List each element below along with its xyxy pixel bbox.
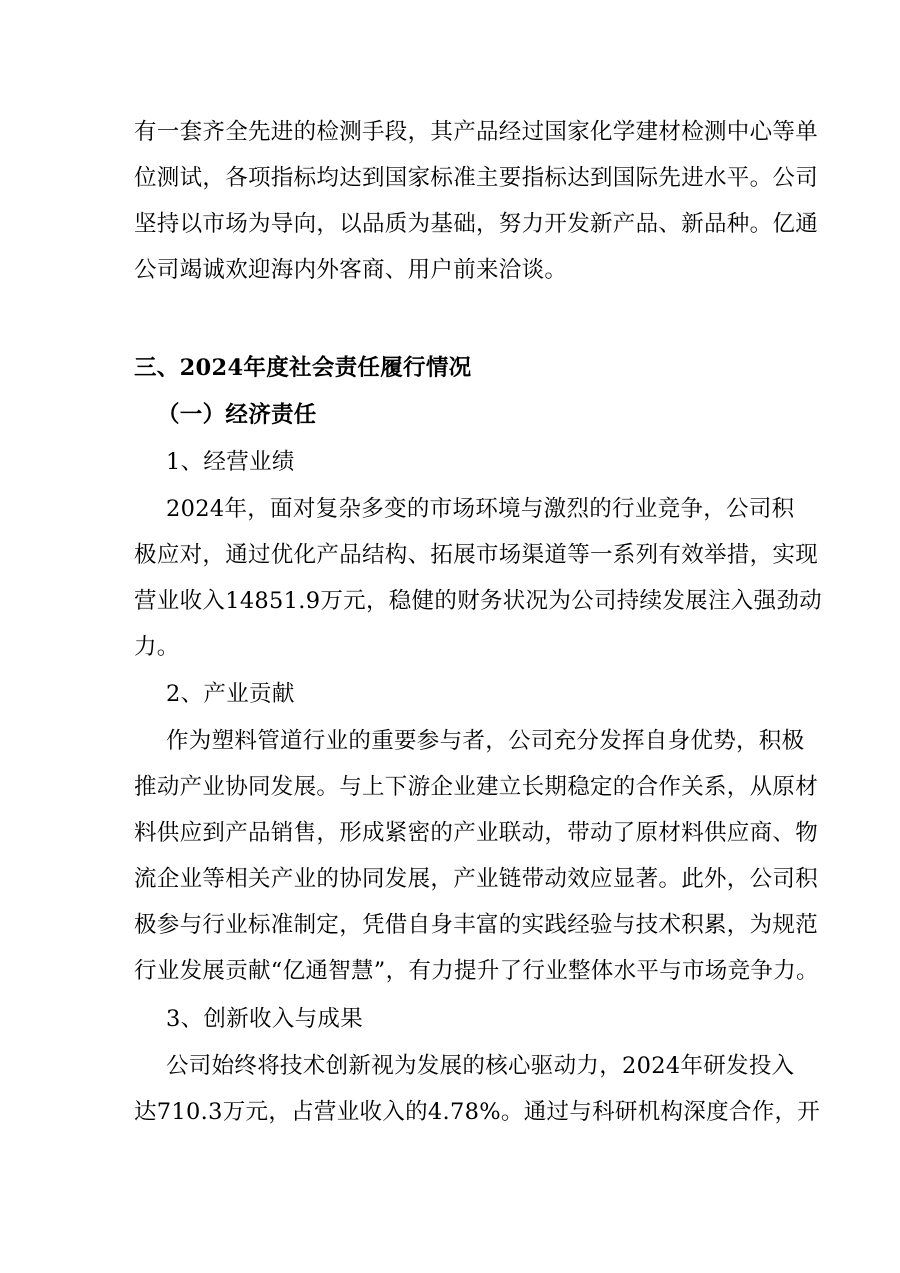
intro-line-1: 有一套齐全先进的检测手段，其产品经过国家化学建材检测中心等单 <box>134 117 774 147</box>
document-page: 有一套齐全先进的检测手段，其产品经过国家化学建材检测中心等单 位测试，各项指标均… <box>0 0 900 1273</box>
intro-line-4: 公司竭诚欢迎海内外客商、用户前来洽谈。 <box>134 255 774 285</box>
item-heading-1: 1、经营业绩 <box>166 447 806 477</box>
item2-line-5: 极参与行业标准制定，凭借自身丰富的实践经验与技术积累，为规范 <box>134 910 774 940</box>
item2-line-6: 行业发展贡献“亿通智慧”，有力提升了行业整体水平与市场竞争力。 <box>134 956 774 986</box>
item2-line-2: 推动产业协同发展。与上下游企业建立长期稳定的合作关系，从原材 <box>134 772 774 802</box>
intro-line-2: 位测试，各项指标均达到国家标准主要指标达到国际先进水平。公司 <box>134 163 774 193</box>
item1-line-2: 极应对，通过优化产品结构、拓展市场渠道等一系列有效举措，实现 <box>134 540 774 570</box>
item3-line-1: 公司始终将技术创新视为发展的核心驱动力，2024年研发投入 <box>166 1051 806 1081</box>
item-heading-2: 2、产业贡献 <box>166 679 806 709</box>
item2-line-3: 料供应到产品销售，形成紧密的产业联动，带动了原材料供应商、物 <box>134 818 774 848</box>
item-heading-3: 3、创新收入与成果 <box>166 1004 806 1034</box>
intro-line-3: 坚持以市场为导向，以品质为基础，努力开发新产品、新品种。亿通 <box>134 209 774 239</box>
item2-line-4: 流企业等相关产业的协同发展，产业链带动效应显著。此外，公司积 <box>134 864 774 894</box>
item2-line-1: 作为塑料管道行业的重要参与者，公司充分发挥自身优势，积极 <box>166 726 806 756</box>
item1-line-3: 营业收入14851.9万元，稳健的财务状况为公司持续发展注入强劲动 <box>134 586 774 616</box>
item1-line-1: 2024年，面对复杂多变的市场环境与激烈的行业竞争，公司积 <box>166 494 806 524</box>
subsection-heading: （一）经济责任 <box>157 400 797 430</box>
item1-line-4: 力。 <box>134 632 774 662</box>
section-heading: 三、2024年度社会责任履行情况 <box>134 353 774 383</box>
item3-line-2: 达710.3万元，占营业收入的4.78%。通过与科研机构深度合作，开 <box>134 1097 774 1127</box>
